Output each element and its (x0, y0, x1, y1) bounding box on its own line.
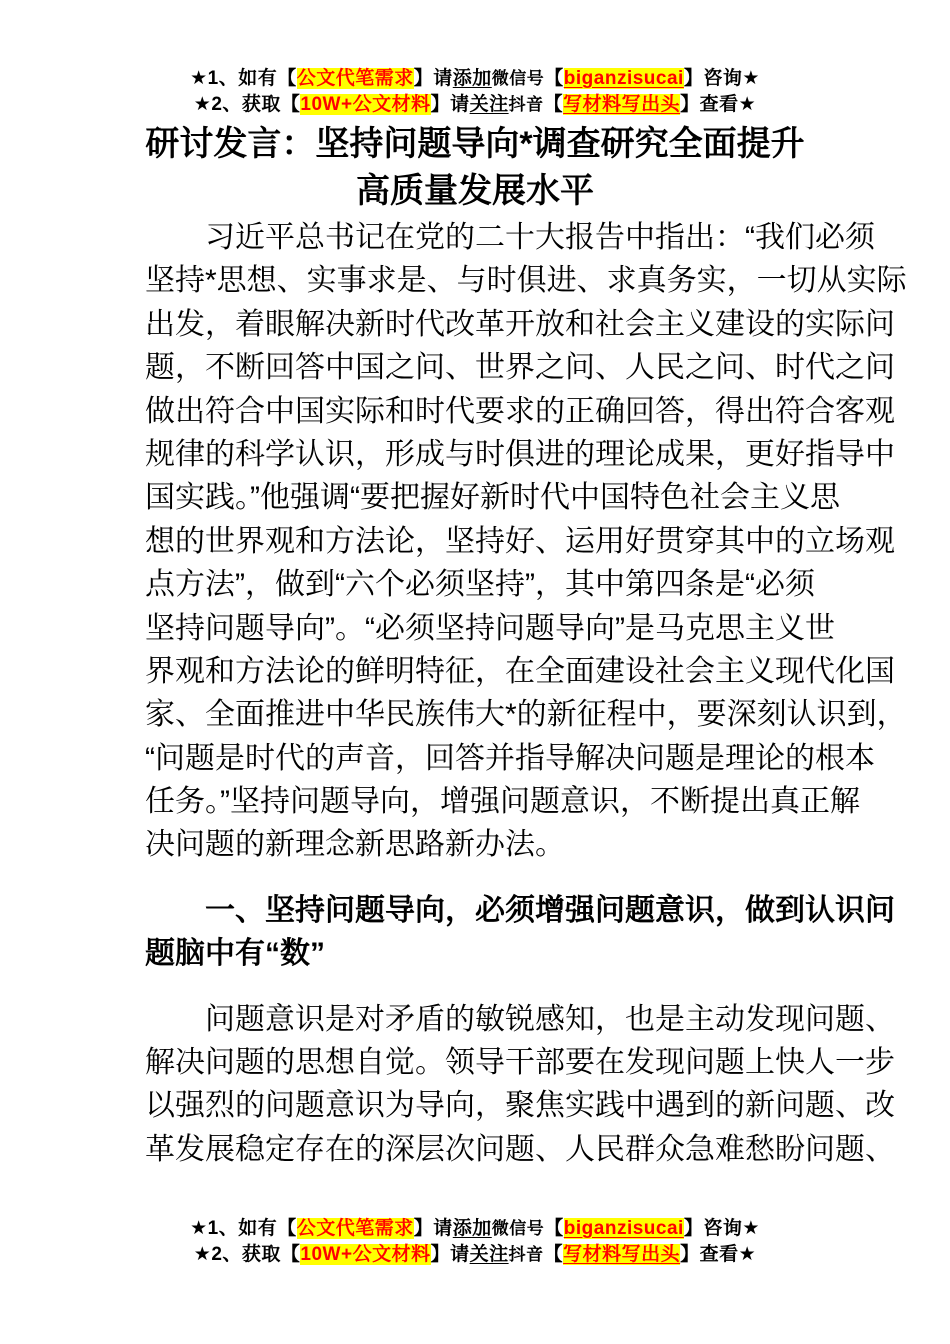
body-line: 界观和方法论的鲜明特征，在全面建设社会主义现代化国 (145, 650, 815, 693)
notice-line-1: ★1、如有【公文代笔需求】请添加微信号【biganzisucai】咨询★ (0, 66, 950, 92)
document-title-line-2: 高质量发展水平 (0, 168, 950, 215)
body-line: 题，不断回答中国之问、世界之问、人民之问、时代之问 (145, 346, 815, 389)
notice-underline-text: 关注 (470, 94, 509, 115)
body-line: 想的世界观和方法论，坚持好、运用好贯穿其中的立场观 (145, 520, 815, 563)
notice-text: 【 (544, 1218, 564, 1239)
notice-underline-text: 添加 (453, 68, 492, 89)
body-line: 出发，着眼解决新时代改革开放和社会主义建设的实际问 (145, 303, 815, 346)
body-line: “问题是时代的声音，回答并指导解决问题是理论的根本 (145, 737, 815, 780)
notice-highlight: 10W+公文材料 (300, 94, 430, 115)
body-line: 解决问题的思想自觉。领导干部要在发现问题上快人一步 (145, 1041, 815, 1084)
notice-text: 】咨询★ (684, 68, 760, 89)
notice-text-small: 微信号 (492, 69, 545, 88)
notice-highlight-link: 写材料写出头 (563, 1244, 680, 1265)
notice-line-2: ★2、获取【10W+公文材料】请关注抖音【写材料写出头】查看★ (0, 92, 950, 118)
notice-text: 【 (544, 1244, 564, 1265)
body-line: 家、全面推进中华民族伟大*的新征程中，要深刻认识到， (145, 693, 815, 736)
body-line: 点方法”，做到“六个必须坚持”，其中第四条是“必须 (145, 563, 815, 606)
notice-text: ★2、获取【 (194, 1244, 301, 1265)
notice-text: 】请 (414, 68, 453, 89)
notice-text: 】请 (431, 1244, 470, 1265)
document-body: 习近平总书记在党的二十大报告中指出：“我们必须坚持*思想、实事求是、与时俱进、求… (145, 216, 815, 1171)
section-heading: 一、坚持问题导向，必须增强问题意识，做到认识问题脑中有“数” (145, 889, 815, 976)
body-line: 决问题的新理念新思路新办法。 (145, 823, 815, 866)
document-page: ★1、如有【公文代笔需求】请添加微信号【biganzisucai】咨询★★2、获… (0, 0, 950, 1344)
notice-text: 【 (544, 94, 564, 115)
body-paragraph: 问题意识是对矛盾的敏锐感知，也是主动发现问题、解决问题的思想自觉。领导干部要在发… (145, 998, 815, 1172)
notice-highlight: 10W+公文材料 (300, 1244, 430, 1265)
notice-text: ★1、如有【 (190, 1218, 297, 1239)
notice-text: ★2、获取【 (194, 94, 301, 115)
document-title-line-1: 研讨发言：坚持问题导向*调查研究全面提升 (0, 121, 950, 168)
notice-underline-text: 关注 (470, 1244, 509, 1265)
section-heading-line: 题脑中有“数” (145, 932, 815, 975)
body-line: 规律的科学认识，形成与时俱进的理论成果，更好指导中 (145, 433, 815, 476)
notice-highlight: 公文代笔需求 (297, 68, 414, 89)
notice-text: 】查看★ (680, 1244, 756, 1265)
notice-text: 】查看★ (680, 94, 756, 115)
body-line: 习近平总书记在党的二十大报告中指出：“我们必须 (145, 216, 815, 259)
notice-highlight: 公文代笔需求 (297, 1218, 414, 1239)
body-line: 坚持问题导向”。“必须坚持问题导向”是马克思主义世 (145, 607, 815, 650)
footer-notice: ★1、如有【公文代笔需求】请添加微信号【biganzisucai】咨询★★2、获… (0, 1216, 950, 1268)
body-line: 做出符合中国实际和时代要求的正确回答，得出符合客观 (145, 390, 815, 433)
notice-text: 【 (544, 68, 564, 89)
body-line: 任务。”坚持问题导向，增强问题意识，不断提出真正解 (145, 780, 815, 823)
notice-highlight-link: 写材料写出头 (563, 94, 680, 115)
body-line: 以强烈的问题意识为导向，聚焦实践中遇到的新问题、改 (145, 1084, 815, 1127)
notice-text-small: 抖音 (509, 95, 544, 114)
body-paragraph: 习近平总书记在党的二十大报告中指出：“我们必须坚持*思想、实事求是、与时俱进、求… (145, 216, 815, 867)
notice-text: 】请 (414, 1218, 453, 1239)
header-notice: ★1、如有【公文代笔需求】请添加微信号【biganzisucai】咨询★★2、获… (0, 66, 950, 118)
notice-underline-text: 添加 (453, 1218, 492, 1239)
notice-highlight-link: biganzisucai (564, 1218, 684, 1239)
body-line: 革发展稳定存在的深层次问题、人民群众急难愁盼问题、 (145, 1128, 815, 1171)
notice-text: 】请 (431, 94, 470, 115)
body-line: 问题意识是对矛盾的敏锐感知，也是主动发现问题、 (145, 998, 815, 1041)
notice-line-1: ★1、如有【公文代笔需求】请添加微信号【biganzisucai】咨询★ (0, 1216, 950, 1242)
notice-highlight-link: biganzisucai (564, 68, 684, 89)
body-line: 坚持*思想、实事求是、与时俱进、求真务实，一切从实际 (145, 259, 815, 302)
notice-text-small: 微信号 (492, 1219, 545, 1238)
notice-line-2: ★2、获取【10W+公文材料】请关注抖音【写材料写出头】查看★ (0, 1242, 950, 1268)
notice-text: ★1、如有【 (190, 68, 297, 89)
notice-text-small: 抖音 (509, 1245, 544, 1264)
notice-text: 】咨询★ (684, 1218, 760, 1239)
body-line: 国实践。”他强调“要把握好新时代中国特色社会主义思 (145, 476, 815, 519)
document-title: 研讨发言：坚持问题导向*调查研究全面提升 高质量发展水平 (0, 121, 950, 215)
section-heading-line: 一、坚持问题导向，必须增强问题意识，做到认识问 (145, 889, 815, 932)
